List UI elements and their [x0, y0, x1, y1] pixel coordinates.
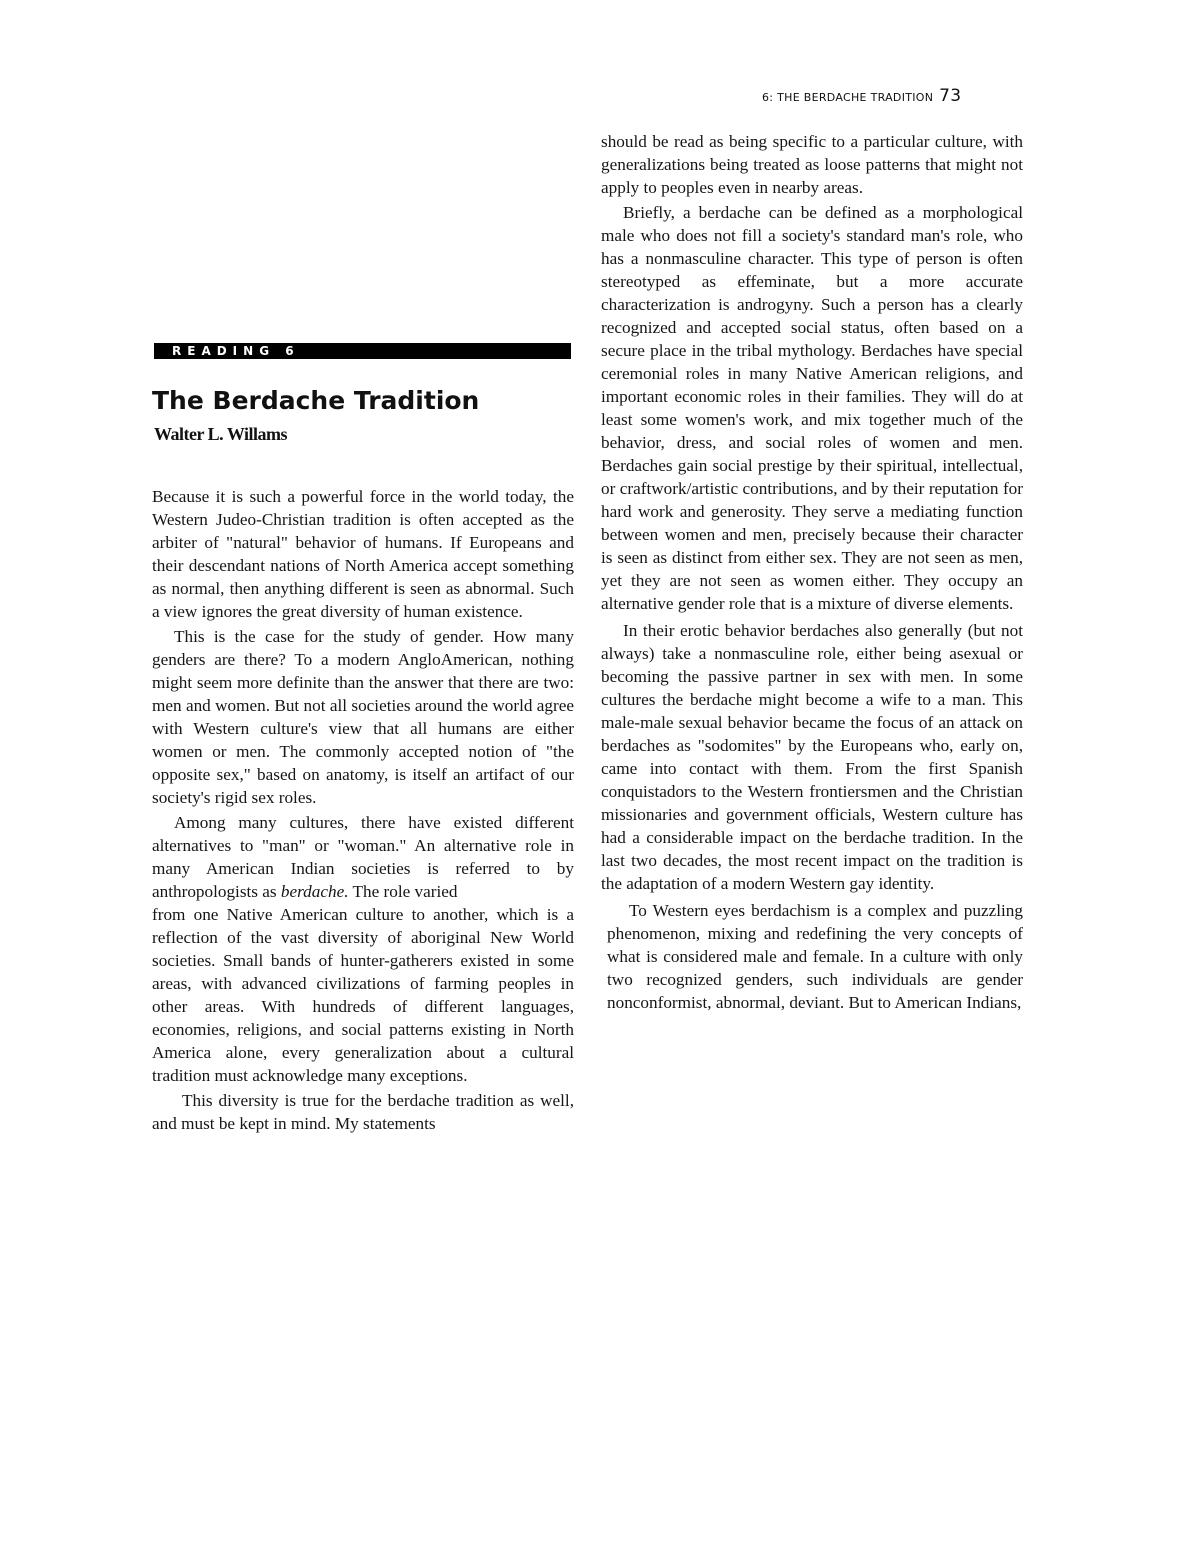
paragraph-continuation: from one Native American culture to anot…: [152, 903, 574, 1087]
paragraph: Among many cultures, there have existed …: [152, 811, 574, 903]
paragraph: This diversity is true for the berdache …: [152, 1089, 574, 1135]
chapter-running-title: 6: THE BERDACHE TRADITION: [762, 91, 933, 104]
paragraph: Because it is such a powerful force in t…: [152, 485, 574, 623]
running-head: 6: THE BERDACHE TRADITION 73: [762, 86, 961, 106]
paragraph-text: The role varied: [349, 882, 458, 901]
author-byline: Walter L. Willams: [154, 424, 287, 445]
paragraph: To Western eyes berdachism is a complex …: [601, 899, 1023, 1014]
paragraph: This is the case for the study of gender…: [152, 625, 574, 809]
reading-label-bar: READING 6: [154, 343, 571, 359]
paragraph: In their erotic behavior berdaches also …: [601, 619, 1023, 895]
italic-term: berdache.: [281, 882, 349, 901]
article-title: The Berdache Tradition: [152, 386, 479, 415]
paragraph-continuation: should be read as being specific to a pa…: [601, 130, 1023, 199]
paragraph: Briefly, a berdache can be defined as a …: [601, 201, 1023, 615]
right-column: should be read as being specific to a pa…: [601, 130, 1023, 1014]
page-number: 73: [939, 86, 961, 106]
left-column: Because it is such a powerful force in t…: [152, 485, 574, 1135]
